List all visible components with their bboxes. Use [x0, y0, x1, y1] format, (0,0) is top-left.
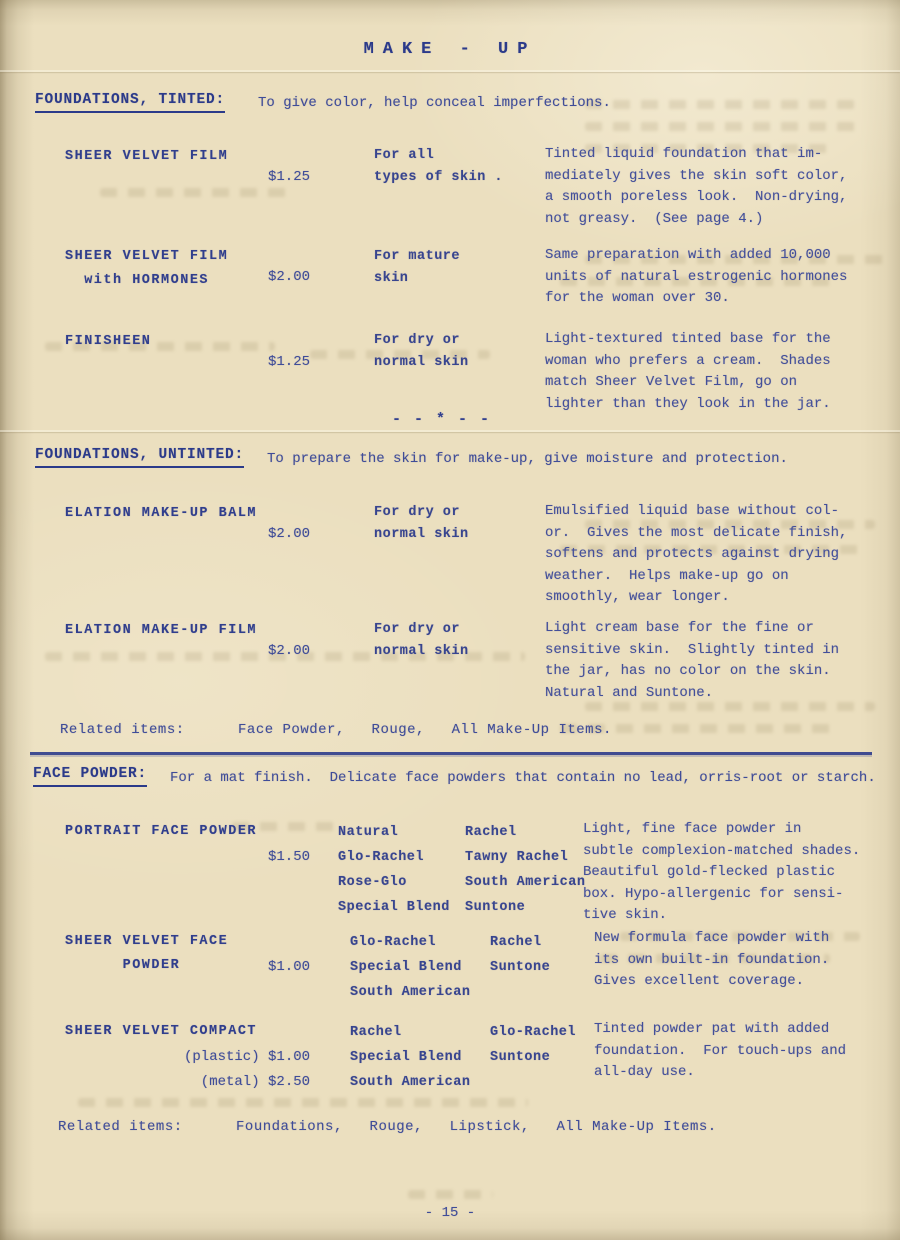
related-items: Related items: Foundations, Rouge, Lipst…: [58, 1119, 717, 1135]
product-price: $2.00: [268, 522, 310, 547]
product-name: SHEER VELVET FILM with HORMONES: [65, 245, 228, 293]
skin-type: For all types of skin .: [374, 145, 503, 189]
product-description: Tinted liquid foundation that im- mediat…: [545, 144, 847, 230]
skin-type: For dry or normal skin: [374, 330, 469, 374]
product-name: ELATION MAKE-UP BALM: [65, 502, 257, 526]
product-description: Light cream base for the fine or sensiti…: [545, 618, 839, 704]
page-title: MAKE - UP: [0, 40, 900, 59]
product-price: $2.00: [268, 639, 310, 664]
product-description: New formula face powder with its own bui…: [594, 928, 829, 993]
bleedthrough-artifact: [100, 188, 290, 197]
section-tagline: To prepare the skin for make-up, give mo…: [267, 451, 788, 467]
section-heading-foundations-untinted: FOUNDATIONS, UNTINTED:: [35, 447, 244, 468]
product-description: Light-textured tinted base for the woman…: [545, 329, 831, 415]
bleedthrough-artifact: [78, 1098, 528, 1107]
skin-type: For mature skin: [374, 246, 460, 290]
catalog-page: MAKE - UP FOUNDATIONS, TINTED: To give c…: [0, 0, 900, 1240]
bleedthrough-artifact: [585, 122, 865, 131]
shade-list: Rachel Suntone: [490, 930, 550, 980]
product-price: $1.25: [268, 165, 310, 190]
product-price: $2.00: [268, 265, 310, 290]
section-rule: [30, 752, 872, 755]
product-name: FINISHEEN: [65, 330, 151, 354]
paper-crease: [0, 430, 900, 432]
product-name: ELATION MAKE-UP FILM: [65, 619, 257, 643]
section-heading-face-powder: FACE POWDER:: [33, 766, 147, 787]
product-name: PORTRAIT FACE POWDER: [65, 820, 257, 844]
divider-ornament: - - * - -: [392, 411, 491, 428]
shade-list: Glo-Rachel Special Blend South American: [350, 930, 470, 1005]
product-price: $1.00: [268, 955, 310, 980]
bleedthrough-artifact: [408, 1190, 493, 1199]
shade-list: Rachel Special Blend South American: [350, 1020, 470, 1095]
skin-type: For dry or normal skin: [374, 619, 469, 663]
product-price: $1.25: [268, 350, 310, 375]
product-name: SHEER VELVET FACE POWDER: [65, 930, 228, 978]
section-tagline: To give color, help conceal imperfection…: [258, 95, 611, 111]
shade-list: Natural Glo-Rachel Rose-Glo Special Blen…: [338, 820, 450, 920]
product-name: SHEER VELVET FILM: [65, 145, 228, 169]
section-tagline: For a mat finish. Delicate face powders …: [170, 770, 876, 786]
shade-list: Glo-Rachel Suntone: [490, 1020, 576, 1070]
shade-list: Rachel Tawny Rachel South American Sunto…: [465, 820, 585, 920]
product-price: $1.50: [268, 845, 310, 870]
page-number: - 15 -: [0, 1205, 900, 1221]
product-name: SHEER VELVET COMPACT: [65, 1020, 257, 1044]
product-description: Light, fine face powder in subtle comple…: [583, 819, 860, 927]
product-price: (plastic) $1.00 (metal) $2.50: [184, 1045, 310, 1095]
product-description: Tinted powder pat with added foundation.…: [594, 1019, 846, 1084]
paper-crease: [0, 70, 900, 72]
product-description: Same preparation with added 10,000 units…: [545, 245, 847, 310]
section-heading-foundations-tinted: FOUNDATIONS, TINTED:: [35, 92, 225, 113]
bleedthrough-artifact: [585, 100, 855, 109]
related-items: Related items: Face Powder, Rouge, All M…: [60, 722, 612, 738]
product-description: Emulsified liquid base without col- or. …: [545, 501, 847, 609]
skin-type: For dry or normal skin: [374, 502, 469, 546]
